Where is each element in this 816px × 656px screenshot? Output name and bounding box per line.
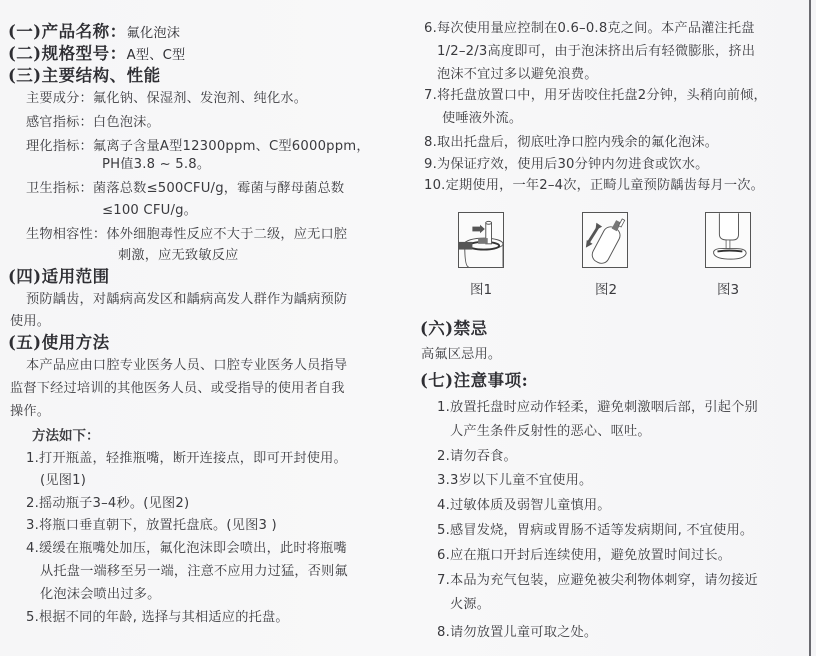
section-3-heading: (三)主要结构、性能 <box>8 66 161 86</box>
section-6-heading: (六)禁忌 <box>420 319 488 339</box>
scanned-document-page: (一)产品名称：氟化泡沫 (二)规格型号：A型、C型 (三)主要结构、性能 主要… <box>0 0 816 656</box>
method-label: 方法如下： <box>32 428 100 444</box>
bottle-nozzle-push-icon <box>459 213 503 267</box>
model-spec-value: A型、C型 <box>127 48 186 63</box>
caution-4-line: 4.过敏体质及弱智儿童慎用。 <box>437 498 611 514</box>
figure-1 <box>458 212 504 268</box>
section-1-heading: (一)产品名称：氟化泡沫 <box>8 22 180 44</box>
bottle-shake-icon <box>583 213 627 267</box>
biocompat-line: 生物相容性：体外细胞毒性反应不大于二级，应无口腔 <box>26 227 347 243</box>
caution-7-line-cont: 火源。 <box>450 597 490 613</box>
step-9-line: 9.为保证疗效，使用后30分钟内勿进食或饮水。 <box>424 157 709 173</box>
step-8-line: 8.取出托盘后，彻底吐净口腔内残余的氟化泡沫。 <box>424 135 718 151</box>
hygiene-index-line: 卫生指标：菌落总数≤500CFU/g，霉菌与酵母菌总数 <box>26 181 344 197</box>
section-5-heading: (五)使用方法 <box>8 333 110 353</box>
main-ingredients-line: 主要成分：氟化钠、保湿剂、发泡剂、纯化水。 <box>26 91 307 107</box>
figure-3 <box>705 212 751 268</box>
section-4-heading: (四)适用范围 <box>8 267 110 287</box>
section-1-title: (一)产品名称： <box>8 22 127 41</box>
sensory-index-line: 感官指标：白色泡沫。 <box>26 115 160 131</box>
step-7-line-cont: 使唾液外流。 <box>442 111 522 127</box>
figure-1-caption: 图1 <box>451 282 511 298</box>
step-10-line: 10.定期使用，一年2–4次，正畸儿童预防龋齿每月一次。 <box>424 178 764 194</box>
caution-1-line: 1.放置托盘时应动作轻柔，避免刺激咽后部，引起个别 <box>437 400 758 416</box>
caution-3-line: 3.3岁以下儿童不宜使用。 <box>437 473 592 489</box>
usage-intro-line-1: 本产品应由口腔专业医务人员、口腔专业医务人员指导 <box>26 358 347 374</box>
figure-2-caption: 图2 <box>576 282 636 298</box>
step-4-line: 4.缓缓在瓶嘴处加压，氟化泡沫即会喷出，此时将瓶嘴 <box>26 541 347 557</box>
biocompat-line-cont: 刺激，应无致敏反应 <box>118 248 239 264</box>
section-2-heading: (二)规格型号：A型、C型 <box>8 44 185 66</box>
step-6-line-cont-1: 1/2–2/3高度即可，由于泡沫挤出后有轻微膨胀，挤出 <box>437 44 755 60</box>
physchem-index-line-cont: PH值3.8 ~ 5.8。 <box>102 157 210 173</box>
figure-2 <box>582 212 628 268</box>
product-name-value: 氟化泡沫 <box>127 26 181 41</box>
hygiene-index-line-cont: ≤100 CFU/g。 <box>102 203 197 219</box>
usage-intro-line-2: 监督下经过培训的其他医务人员、或受指导的使用者自我 <box>10 381 345 397</box>
caution-1-line-cont: 人产生条件反射性的恶心、呕吐。 <box>450 424 651 440</box>
section-7-heading: (七)注意事项: <box>420 371 528 391</box>
caution-8-line: 8.请勿放置儿童可取之处。 <box>437 625 597 641</box>
scope-line-1: 预防龋齿，对龋病高发区和龋病高发人群作为龋病预防 <box>26 292 347 308</box>
step-5-line: 5.根据不同的年龄, 选择与其相适应的托盘。 <box>26 610 289 626</box>
step-2-line: 2.摇动瓶子3–4秒。(见图2) <box>26 496 189 512</box>
page-edge-divider <box>809 0 811 656</box>
step-7-line: 7.将托盘放置口中，用牙齿咬住托盘2分钟，头稍向前倾， <box>424 88 767 104</box>
caution-7-line: 7.本品为充气包装，应避免被尖利物体刺穿，请勿接近 <box>437 573 758 589</box>
step-1-line: 1.打开瓶盖，轻推瓶嘴，断开连接点，即可开封使用。 <box>26 451 347 467</box>
usage-intro-line-3: 操作。 <box>10 404 50 420</box>
section-2-title: (二)规格型号： <box>8 44 127 63</box>
step-4-line-cont-1: 从托盘一端移至另一端，注意不应用力过猛，否则氟 <box>40 564 348 580</box>
bottle-tray-fill-icon <box>706 213 750 267</box>
physchem-index-line: 理化指标：氟离子含量A型12300ppm、C型6000ppm， <box>26 139 370 155</box>
step-6-line: 6.每次使用量应控制在0.6–0.8克之间。本产品灌注托盘 <box>424 21 755 37</box>
step-6-line-cont-2: 泡沫不宜过多以避免浪费。 <box>437 67 598 83</box>
caution-2-line: 2.请勿吞食。 <box>437 449 517 465</box>
contraindication-line: 高氟区忌用。 <box>421 347 501 363</box>
caution-6-line: 6.应在瓶口开封后连续使用，避免放置时间过长。 <box>437 548 731 564</box>
scope-line-2: 使用。 <box>10 314 50 330</box>
caution-5-line: 5.感冒发烧，胃病或胃肠不适等发病期间, 不宜使用。 <box>437 523 753 539</box>
step-3-line: 3.将瓶口垂直朝下，放置托盘底。(见图3 ) <box>26 518 277 534</box>
step-1-line-cont: (见图1) <box>40 473 86 489</box>
step-4-line-cont-2: 化泡沫会喷出过多。 <box>40 587 161 603</box>
figure-3-caption: 图3 <box>698 282 758 298</box>
